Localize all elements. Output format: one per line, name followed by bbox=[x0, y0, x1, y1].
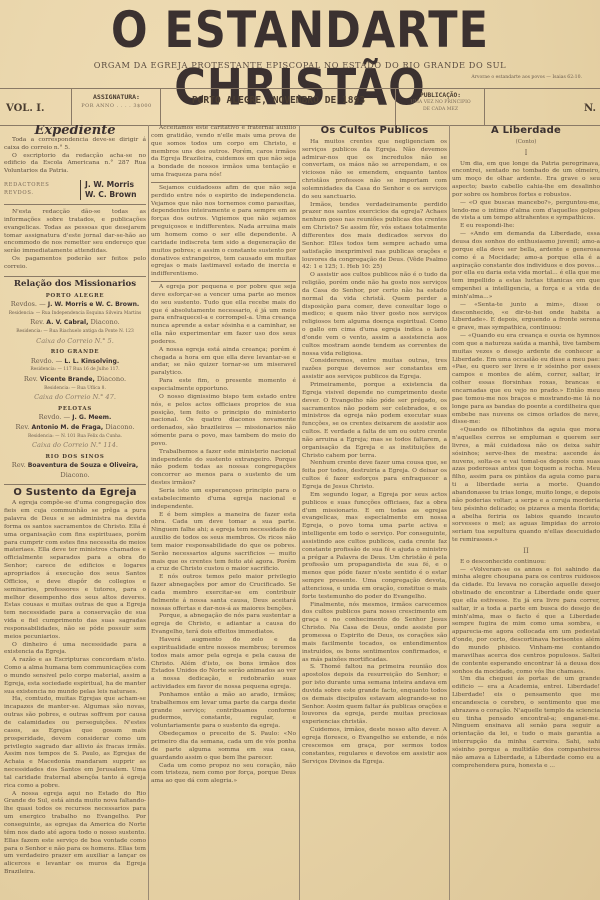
residence: Residencia: — N. 101 Rua Felix da Cunha. bbox=[4, 433, 146, 442]
missionary-entry: Revdo. — J. G. Meem. bbox=[4, 413, 146, 423]
article-paragraph: A razão e as Escripturas concordam n'ist… bbox=[4, 657, 146, 696]
city-heading: PORTO ALEGRE bbox=[4, 292, 146, 301]
article-paragraph: O nosso dignissimo bispo tem estado entr… bbox=[151, 394, 296, 449]
expediente-paragraph: N'esta redacção dão-se todas as informaç… bbox=[4, 209, 146, 256]
column-2: Acceitamos este caritativo e fraternal a… bbox=[151, 125, 296, 900]
article-paragraph: Finalmente, nós mesmos, irmãos carecemos… bbox=[302, 602, 447, 665]
article-paragraph: Irmãos, tendes verdadeiramente perdido p… bbox=[302, 202, 447, 273]
divider bbox=[151, 281, 296, 282]
article-paragraph: Obedeçamos o preceito de S. Paulo: «No p… bbox=[151, 731, 296, 762]
article-paragraph: Ha, comtudo, muitas Egrejas que acham-se… bbox=[4, 696, 146, 790]
article-paragraph: Um dia cheguei ás portas de um grande ed… bbox=[452, 676, 600, 770]
article-paragraph: A egreja por pequena e por pobre que sej… bbox=[151, 284, 296, 347]
sustento-article: A egreja compõe-se d'uma congregação dos… bbox=[4, 500, 146, 877]
article-paragraph: E eu respondi-lhe: bbox=[452, 223, 600, 231]
article-paragraph: «Quando os filhotinhos da aguia que mora… bbox=[452, 427, 600, 545]
subscription-box: ASSIGNATURA: POR ANNO . . . . 3$000 bbox=[73, 89, 161, 125]
article-paragraph: Ponhamos então a mão ao arado, irmãos; t… bbox=[151, 692, 296, 731]
divider bbox=[4, 276, 146, 277]
newspaper-subtitle: ORGAM DA EGREJA PROTESTANTE EPISCOPAL NO… bbox=[0, 60, 600, 70]
article-paragraph: — «Senta-te junto a mim», disse o descon… bbox=[452, 302, 600, 333]
mailbox: Caixa do Correio N.° 114. bbox=[4, 441, 146, 450]
publication-value-2: DE CADA MEZ bbox=[397, 107, 484, 113]
publication-label: PUBLICAÇÃO: bbox=[397, 92, 484, 99]
missionary-entry: Rev. Antonio M. de Fraga, Diacono. bbox=[4, 423, 146, 433]
missionary-entry: Rev. A. V. Cabral, Diacono. bbox=[4, 318, 146, 328]
article-paragraph: Cada um como propoz no seu coração, não … bbox=[151, 763, 296, 787]
article-paragraph: Nenhum crente deve fazer uma cousa que, … bbox=[302, 460, 447, 491]
volume-label: VOL. I. bbox=[0, 89, 72, 125]
article-paragraph: Consideremos, entre muitas outras, tres … bbox=[302, 358, 447, 382]
liberdade-subheading: (Conto) bbox=[452, 139, 600, 147]
article-paragraph: — «O que buscas mancebo?», perguntou-me,… bbox=[452, 200, 600, 224]
city-heading: RIO DOS SINOS bbox=[4, 453, 146, 462]
article-paragraph: E nós outros temos pelo maior privilegio… bbox=[151, 574, 296, 613]
missionaries-list: PORTO ALEGRE Revdos. — J. W. Morris e W.… bbox=[4, 292, 146, 480]
article-paragraph: Seria isto um esperançoso principio para… bbox=[151, 488, 296, 512]
city-heading: RIO GRANDE bbox=[4, 348, 146, 357]
article-paragraph: Porque, a abnegação de nós para sustenta… bbox=[151, 613, 296, 637]
dateline: PORTO ALEGRE, NOVEMBRO DE 1893 bbox=[162, 89, 396, 125]
motto: Arvorae o estandarte aos povos — Isaias … bbox=[471, 75, 582, 80]
missionary-entry: Rev. Boaventura de Souza e Oliveira, Dia… bbox=[4, 461, 146, 479]
article-paragraph: Um dia, em que longe da Patria peregrina… bbox=[452, 161, 600, 200]
article-paragraph: — «Volveram-se os annos e foi sahindo da… bbox=[452, 567, 600, 677]
sustento-heading: O Sustento da Egreja bbox=[4, 489, 146, 497]
publication-value-1: UMA VEZ NO PRINCIPIO bbox=[397, 100, 484, 106]
part-numeral: I bbox=[452, 150, 600, 158]
article-paragraph: E o desconhecido continuou: bbox=[452, 559, 600, 567]
column-4: A Liberdade (Conto) I Um dia, em que lon… bbox=[452, 125, 600, 900]
article-paragraph: — «Ando em demanda da Liberdade, essa de… bbox=[452, 231, 600, 302]
article-paragraph: O assistir aos cultos publicos não é o t… bbox=[302, 272, 447, 358]
cultos-heading: Os Cultos Publicos bbox=[302, 127, 447, 135]
expediente-paragraph: O escriptorio da redacção acha-se no edi… bbox=[4, 153, 146, 177]
article-paragraph: A egreja compõe-se d'uma congregação dos… bbox=[4, 500, 146, 641]
city-heading: PELOTAS bbox=[4, 405, 146, 414]
mailbox: Caixa do Correio N.° 47. bbox=[4, 393, 146, 402]
missionary-entry: Revdos. — J. W. Morris e W. C. Brown. bbox=[4, 300, 146, 310]
article-paragraph: E é bem simples a maneira de fazer esta … bbox=[151, 512, 296, 575]
article-paragraph: Haverá augmento do zelo e da espirituali… bbox=[151, 637, 296, 692]
info-bar: VOL. I. ASSIGNATURA: POR ANNO . . . . 3$… bbox=[0, 88, 600, 126]
expediente-paragraph: Toda a correspondencia deve-se dirigir á… bbox=[4, 137, 146, 153]
residence: Residencia: — Rua Uflica 8. bbox=[4, 385, 146, 394]
divider bbox=[4, 204, 146, 205]
divider bbox=[151, 182, 296, 183]
publication-box: PUBLICAÇÃO: UMA VEZ NO PRINCIPIO DE CADA… bbox=[397, 89, 485, 125]
editors-label: REDACTORES REVDOS. bbox=[4, 182, 80, 198]
missionaries-heading: Relação dos Missionarios bbox=[4, 281, 146, 289]
article-paragraph: Em segundo logar, a Egreja por seus acto… bbox=[302, 492, 447, 602]
missionary-entry: Revdo. — L. L. Kinsolving. bbox=[4, 357, 146, 367]
expediente-paragraph: Os pagamentos poderão ser feitos pelo co… bbox=[4, 256, 146, 272]
mailbox: Caixa do Correio N.° 5. bbox=[4, 337, 146, 346]
residence: Residencia: — Rua Independencia Esquina … bbox=[4, 310, 146, 319]
column-divider bbox=[449, 125, 450, 900]
article-paragraph: A nossa egreja está ainda creança; porém… bbox=[151, 347, 296, 378]
article-paragraph: Sejamos cuidadosos afim de que não seja … bbox=[151, 185, 296, 279]
subscription-value: POR ANNO . . . . 3$000 bbox=[73, 103, 160, 109]
column-divider bbox=[299, 125, 300, 900]
missionary-entry: Rev. Vicente Brande, Diacono. bbox=[4, 375, 146, 385]
subscription-label: ASSIGNATURA: bbox=[73, 93, 160, 101]
article-paragraph: Ha muitos crentes que negligenciam os se… bbox=[302, 139, 447, 202]
column-divider bbox=[148, 125, 149, 900]
article-paragraph: Trabalhemos a fazer este ministerio naci… bbox=[151, 449, 296, 488]
column-3: Os Cultos Publicos Ha muitos crentes que… bbox=[302, 125, 447, 900]
article-paragraph: O dinheiro é uma necessidade para a exis… bbox=[4, 642, 146, 658]
residence: Residencia: — 117 Rua 16 de Julho 117. bbox=[4, 366, 146, 375]
article-paragraph: S. Thomé faltou na primeira reunião dos … bbox=[302, 664, 447, 727]
editor-name: J. W. Morris bbox=[85, 180, 137, 190]
liberdade-heading: A Liberdade bbox=[452, 127, 600, 135]
part-numeral: II bbox=[452, 548, 600, 556]
editors-block: REDACTORES REVDOS. J. W. Morris W. C. Br… bbox=[4, 180, 146, 200]
divider bbox=[4, 484, 146, 485]
issue-number: N. bbox=[486, 89, 600, 125]
article-paragraph: Para este fim, o presente momento é espe… bbox=[151, 378, 296, 394]
article-paragraph: Cuidemos, irmãos, deste nosso alto dever… bbox=[302, 727, 447, 766]
residence: Residencia: — Rua Riachuelo antiga da Po… bbox=[4, 328, 146, 337]
column-1: Expediente Toda a correspondencia deve-s… bbox=[4, 125, 146, 900]
article-paragraph: Acceitamos este caritativo e fraternal a… bbox=[151, 125, 296, 180]
article-paragraph: Primeiramente, porque a existencia da Eg… bbox=[302, 382, 447, 460]
article-paragraph: A nossa egreja aqui no Estado do Rio Gra… bbox=[4, 791, 146, 877]
expediente-heading: Expediente bbox=[4, 127, 146, 135]
editor-name: W. C. Brown bbox=[85, 190, 137, 200]
article-paragraph: — «Quando eu era creança e ouvia os hymn… bbox=[452, 333, 600, 427]
